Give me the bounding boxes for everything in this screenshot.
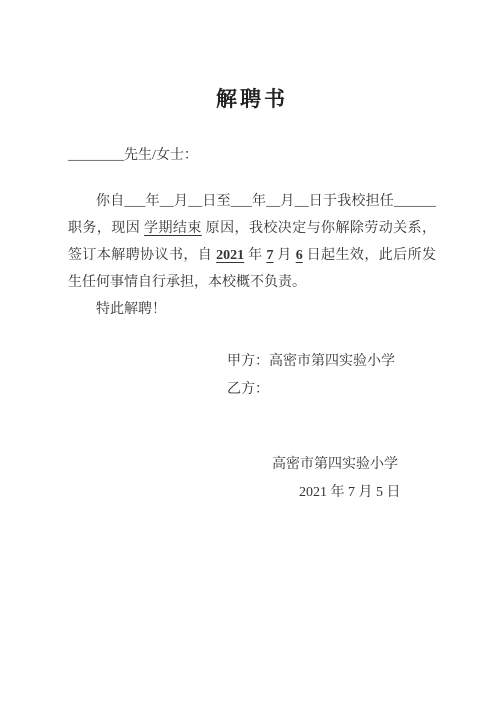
signature-organization: 高密市第四实验小学 (272, 451, 436, 479)
party-a-line: 甲方：高密市第四实验小学 (227, 348, 436, 376)
party-b-line: 乙方： (227, 376, 436, 404)
parties-block: 甲方：高密市第四实验小学 乙方： (227, 348, 436, 404)
closing-line: 特此解聘！ (68, 296, 436, 323)
paragraph-segment: 6 (296, 248, 303, 263)
paragraph-segment: 2021 (216, 248, 244, 263)
signature-block: 高密市第四实验小学 2021 年 7 月 5 日 (68, 451, 436, 507)
paragraph-segment: 年 (244, 248, 266, 263)
document-title: 解聘书 (68, 83, 436, 113)
signature-date: 2021 年 7 月 5 日 (299, 479, 436, 507)
paragraph-segment: 月 (273, 248, 295, 263)
salutation-line: ________先生/女士： (68, 146, 436, 166)
paragraph-segment: 学期结束 (144, 221, 202, 236)
body-paragraph: 你自___年__月__日至___年__月__日于我校担任______职务，现因 … (68, 188, 436, 296)
document-page: 解聘书 ________先生/女士： 你自___年__月__日至___年__月_… (0, 0, 500, 707)
